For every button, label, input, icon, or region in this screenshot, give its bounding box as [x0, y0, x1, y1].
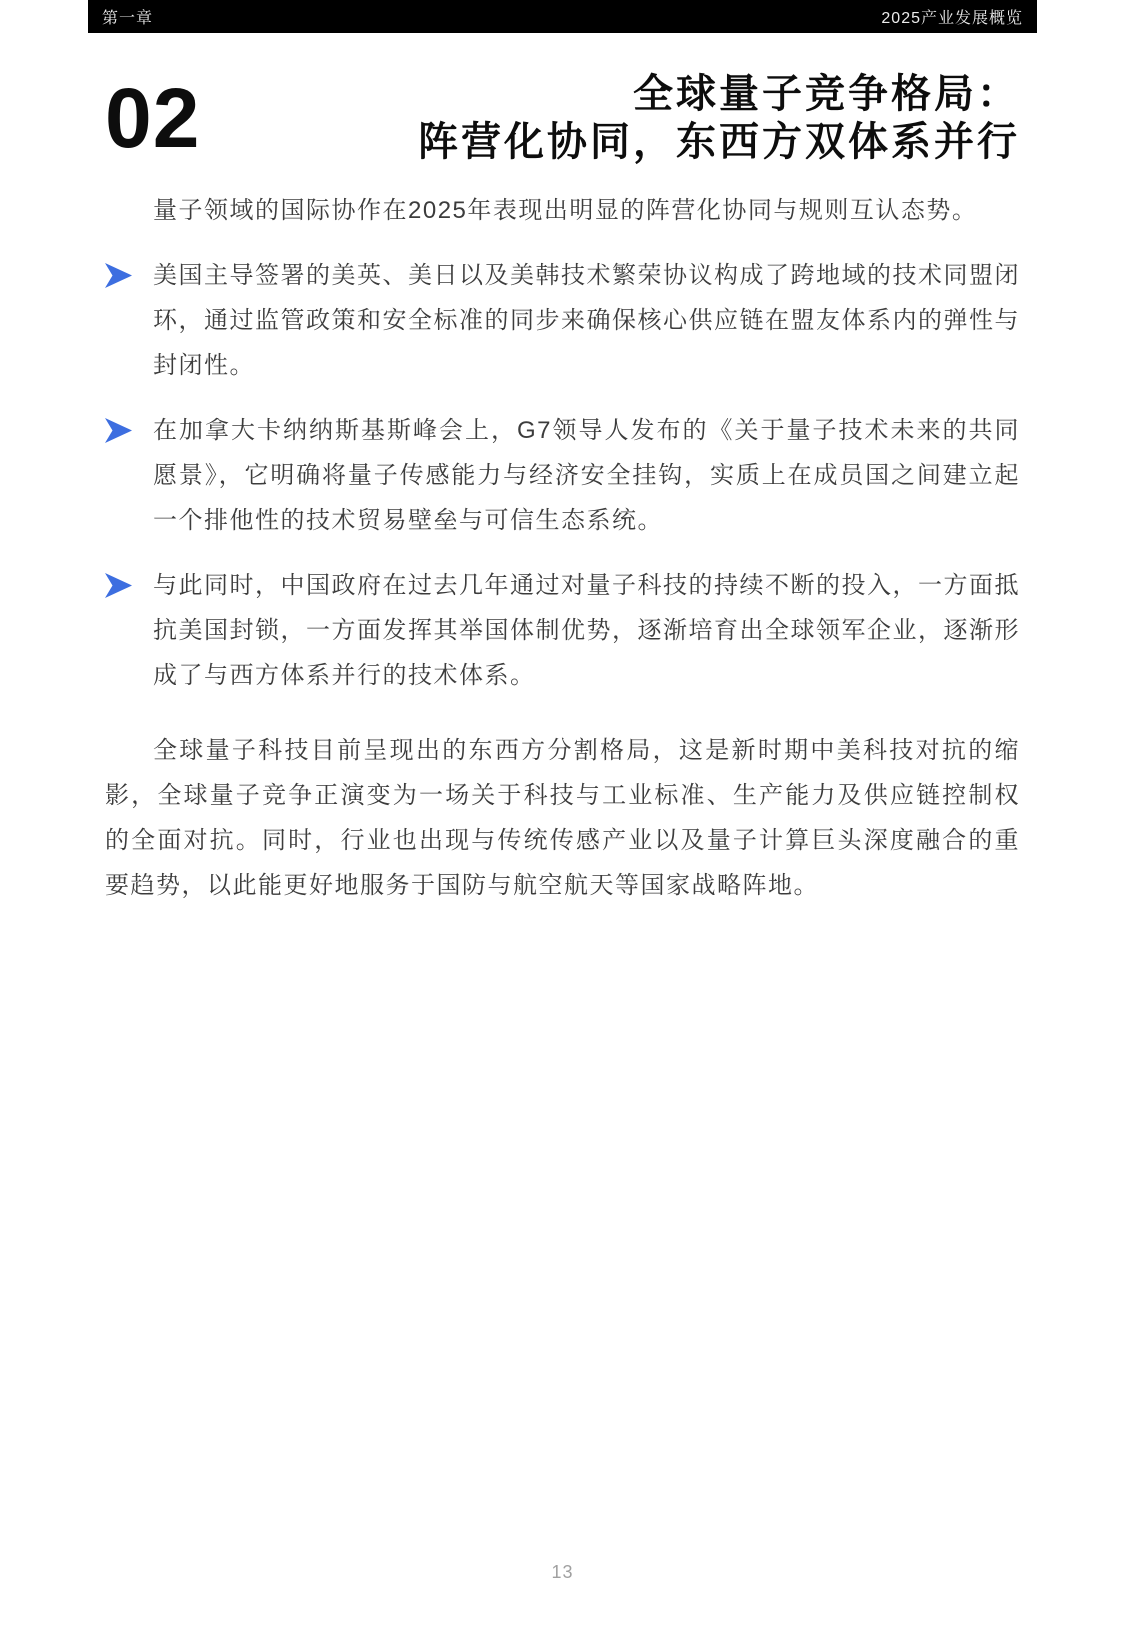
- section-number: 02: [105, 70, 200, 166]
- bullet-text: 美国主导签署的美英、美日以及美韩技术繁荣协议构成了跨地域的技术同盟闭环，通过监管…: [153, 253, 1020, 388]
- closing-paragraph: 全球量子科技目前呈现出的东西方分割格局，这是新时期中美科技对抗的缩影，全球量子竞…: [105, 728, 1020, 908]
- bullet-text: 在加拿大卡纳纳斯基斯峰会上，G7领导人发布的《关于量子技术未来的共同愿景》，它明…: [153, 408, 1020, 543]
- section-title-line2: 阵营化协同，东西方双体系并行: [418, 118, 1020, 166]
- section-heading: 02 全球量子竞争格局： 阵营化协同，东西方双体系并行: [105, 70, 1020, 166]
- intro-paragraph: 量子领域的国际协作在2025年表现出明显的阵营化协同与规则互认态势。: [105, 188, 1020, 233]
- section-title-line1: 全球量子竞争格局：: [418, 70, 1020, 118]
- bullet-text: 与此同时，中国政府在过去几年通过对量子科技的持续不断的投入，一方面抵抗美国封锁，…: [153, 563, 1020, 698]
- section-title: 全球量子竞争格局： 阵营化协同，东西方双体系并行: [418, 70, 1020, 166]
- chapter-label: 第一章: [102, 5, 153, 28]
- chapter-header-bar: 第一章 2025产业发展概览: [88, 0, 1037, 33]
- page-number: 13: [0, 1562, 1125, 1583]
- bullet-item: 美国主导签署的美英、美日以及美韩技术繁荣协议构成了跨地域的技术同盟闭环，通过监管…: [105, 253, 1020, 388]
- report-title-label: 2025产业发展概览: [881, 5, 1023, 28]
- bullet-arrow-icon: [105, 253, 153, 388]
- bullet-arrow-icon: [105, 408, 153, 543]
- report-page: 第一章 2025产业发展概览 02 全球量子竞争格局： 阵营化协同，东西方双体系…: [0, 0, 1125, 1625]
- bullet-item: 在加拿大卡纳纳斯基斯峰会上，G7领导人发布的《关于量子技术未来的共同愿景》，它明…: [105, 408, 1020, 543]
- bullet-item: 与此同时，中国政府在过去几年通过对量子科技的持续不断的投入，一方面抵抗美国封锁，…: [105, 563, 1020, 698]
- bullet-arrow-icon: [105, 563, 153, 698]
